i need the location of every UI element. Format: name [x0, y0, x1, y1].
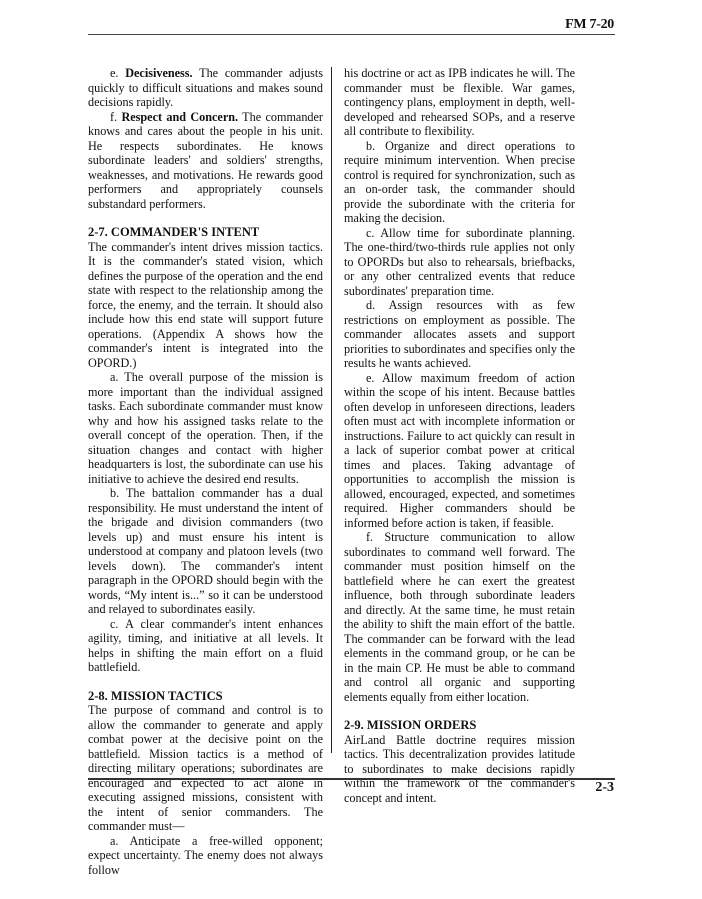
mission-tactics-b: b. Organize and direct operations to req…: [344, 139, 575, 226]
paragraph-respect-concern: f. Respect and Concern. The commander kn…: [88, 110, 323, 212]
section-heading-commanders-intent: 2-7. COMMANDER'S INTENT: [88, 225, 323, 240]
paragraph-label: f.: [110, 110, 121, 124]
header-rule: [88, 34, 615, 35]
term-respect-concern: Respect and Concern.: [121, 110, 238, 124]
term-decisiveness: Decisiveness.: [125, 66, 192, 80]
mission-tactics-intro: The purpose of command and control is to…: [88, 703, 323, 834]
commanders-intent-b: b. The battalion commander has a dual re…: [88, 486, 323, 617]
column-divider: [331, 67, 332, 753]
mission-tactics-e: e. Allow maximum freedom of action withi…: [344, 371, 575, 531]
paragraph-text: The commander knows and cares about the …: [88, 110, 323, 211]
section-heading-mission-orders: 2-9. MISSION ORDERS: [344, 718, 575, 733]
paragraph-label: e.: [110, 66, 125, 80]
mission-tactics-a-continued: his doctrine or act as IPB indicates he …: [344, 66, 575, 139]
right-column: his doctrine or act as IPB indicates he …: [344, 66, 575, 805]
page-number: 2-3: [595, 780, 614, 796]
commanders-intent-intro: The commander's intent drives mission ta…: [88, 240, 323, 371]
section-heading-mission-tactics: 2-8. MISSION TACTICS: [88, 689, 323, 704]
left-column: e. Decisiveness. The commander adjusts q…: [88, 66, 323, 877]
mission-tactics-c: c. Allow time for subordinate planning. …: [344, 226, 575, 299]
commanders-intent-a: a. The overall purpose of the mission is…: [88, 370, 323, 486]
commanders-intent-c: c. A clear commander's intent enhances a…: [88, 617, 323, 675]
footer-rule: [88, 778, 615, 780]
mission-tactics-a-start: a. Anticipate a free-willed opponent; ex…: [88, 834, 323, 878]
mission-orders-text: AirLand Battle doctrine requires mission…: [344, 733, 575, 806]
mission-tactics-d: d. Assign resources with as few restrict…: [344, 298, 575, 371]
paragraph-decisiveness: e. Decisiveness. The commander adjusts q…: [88, 66, 323, 110]
mission-tactics-f: f. Structure communication to allow subo…: [344, 530, 575, 704]
manual-id-header: FM 7-20: [565, 17, 614, 33]
